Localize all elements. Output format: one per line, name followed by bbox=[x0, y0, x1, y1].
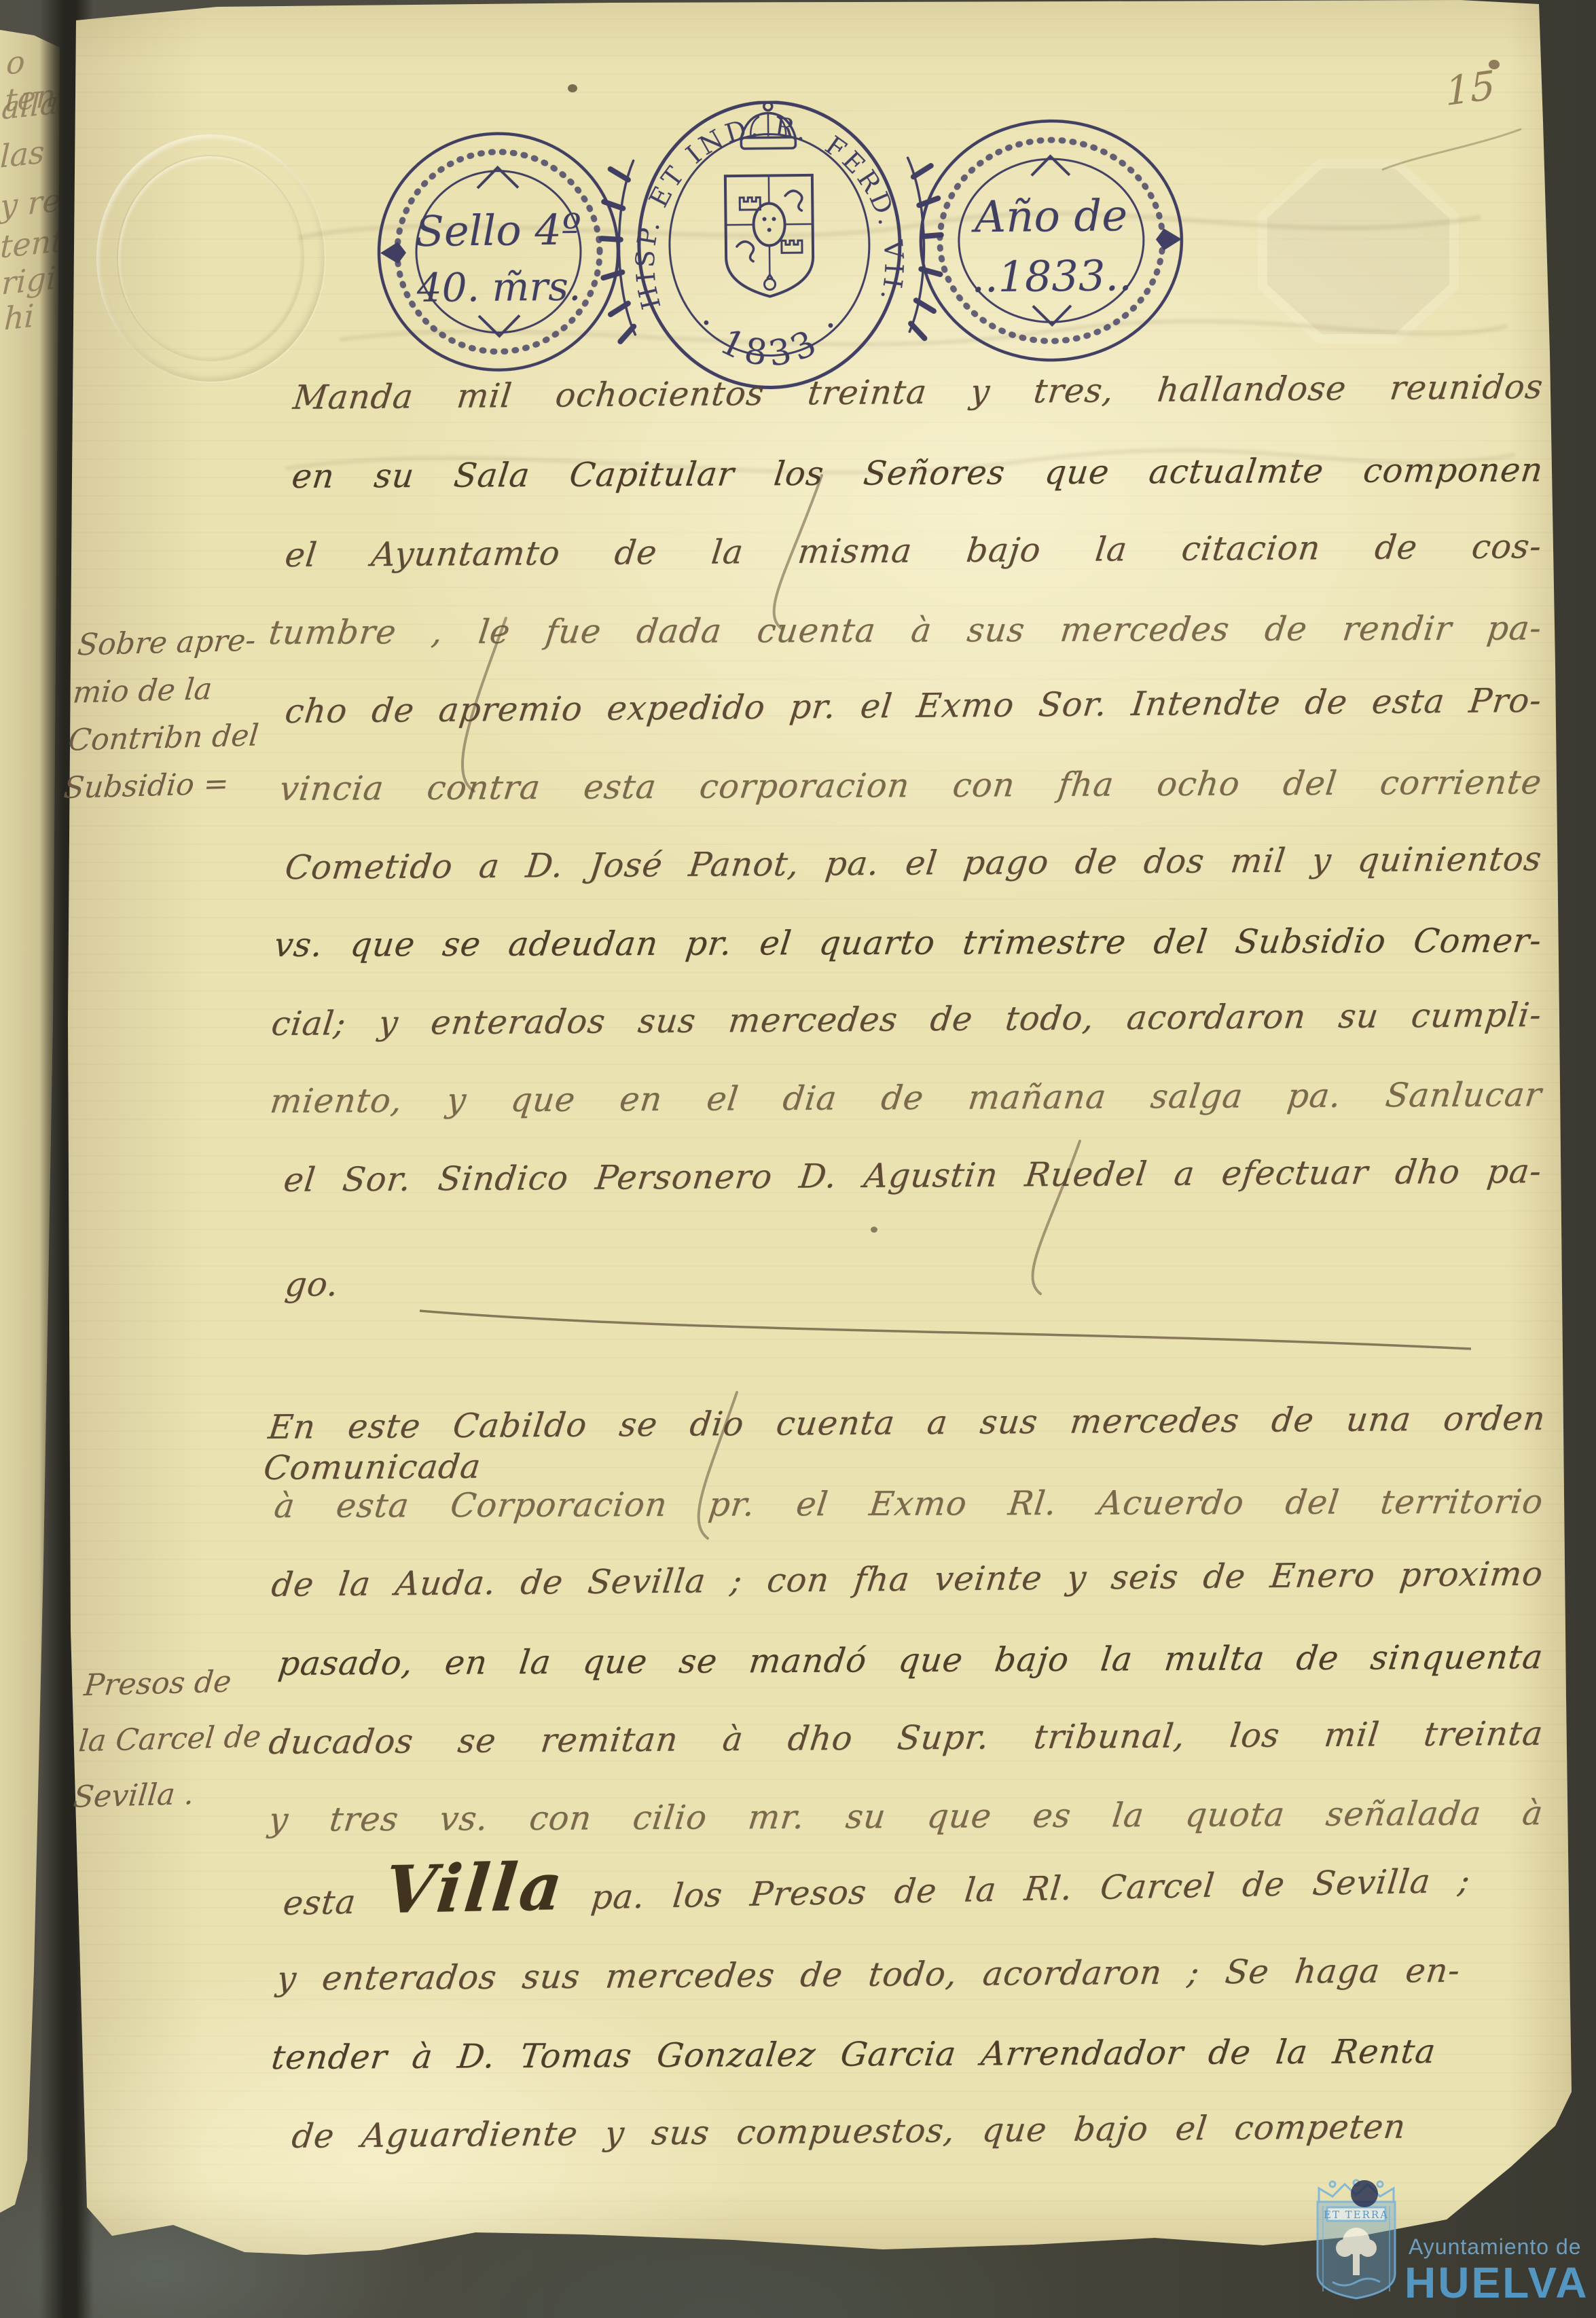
sello-value: 40. m̃rs. bbox=[416, 263, 581, 311]
legend-year: · 1833 · bbox=[687, 304, 854, 376]
anno-year: ..1833.. bbox=[971, 251, 1132, 302]
margin-note-subsidio: Sobre apre- mio de la Contribn del Subsi… bbox=[62, 617, 270, 812]
margin-note-line: mio de la bbox=[71, 664, 266, 717]
margin-note-line: Presos de bbox=[81, 1653, 269, 1714]
legend-year-text: · 1833 · bbox=[687, 304, 854, 376]
watermark-large-text: HUELVA bbox=[1404, 2258, 1589, 2308]
margin-note-line: Sevilla . bbox=[71, 1765, 258, 1826]
laurel-icon bbox=[601, 161, 636, 342]
margin-note-line: Contribn del bbox=[66, 712, 261, 765]
page-number: 15 bbox=[1445, 62, 1495, 115]
page-number-swash bbox=[1379, 128, 1528, 175]
legend-left: HISP. ET IND. R. bbox=[628, 111, 816, 312]
sello-oval: Sello 4º 40. m̃rs. bbox=[378, 132, 619, 372]
margin-note-line: la Carcel de bbox=[76, 1709, 264, 1769]
document-scan: o ten alla las y re tente rigi hi Sello bbox=[0, 0, 1596, 2318]
pen-flourishes bbox=[258, 421, 1548, 2187]
legend-left-text: HISP. ET IND. R. bbox=[628, 111, 816, 312]
watermark-small-text: Ayuntamiento de bbox=[1409, 2234, 1582, 2260]
coat-of-arms-oval: HISP. ET IND. R. FERD. VII. D. G. · 1833… bbox=[628, 96, 910, 388]
anno-label: Año de bbox=[971, 191, 1128, 242]
diamond-left-icon bbox=[380, 242, 406, 264]
margin-note-line: Subsidio = bbox=[62, 760, 257, 813]
diamond-right-icon bbox=[1156, 228, 1182, 250]
sello-label: Sello 4º bbox=[415, 204, 581, 256]
tax-stamp-group: Sello 4º 40. m̃rs. HISP. ET IND. R. bbox=[371, 96, 1237, 403]
huelva-crest-icon: ET TERRA bbox=[1305, 2158, 1407, 2318]
pomegranate-glyph bbox=[764, 274, 775, 289]
page-fragment-text: las bbox=[0, 133, 46, 175]
ink-speck bbox=[1489, 60, 1500, 69]
ink-blot bbox=[1351, 2180, 1378, 2207]
page-fragment-text: hi bbox=[3, 297, 35, 337]
ink-speck bbox=[871, 1227, 877, 1233]
margin-note-presos: Presos de la Carcel de Sevilla . bbox=[71, 1653, 269, 1826]
anno-oval: Año de ..1833.. bbox=[920, 120, 1183, 361]
ink-speck bbox=[568, 84, 577, 92]
shield-icon bbox=[725, 175, 814, 297]
watermark-group: ET TERRA Ayuntamiento de HUELVA bbox=[1305, 2158, 1596, 2318]
margin-note-line: Sobre apre- bbox=[75, 617, 270, 670]
crest-motto: ET TERRA bbox=[1324, 2209, 1389, 2221]
